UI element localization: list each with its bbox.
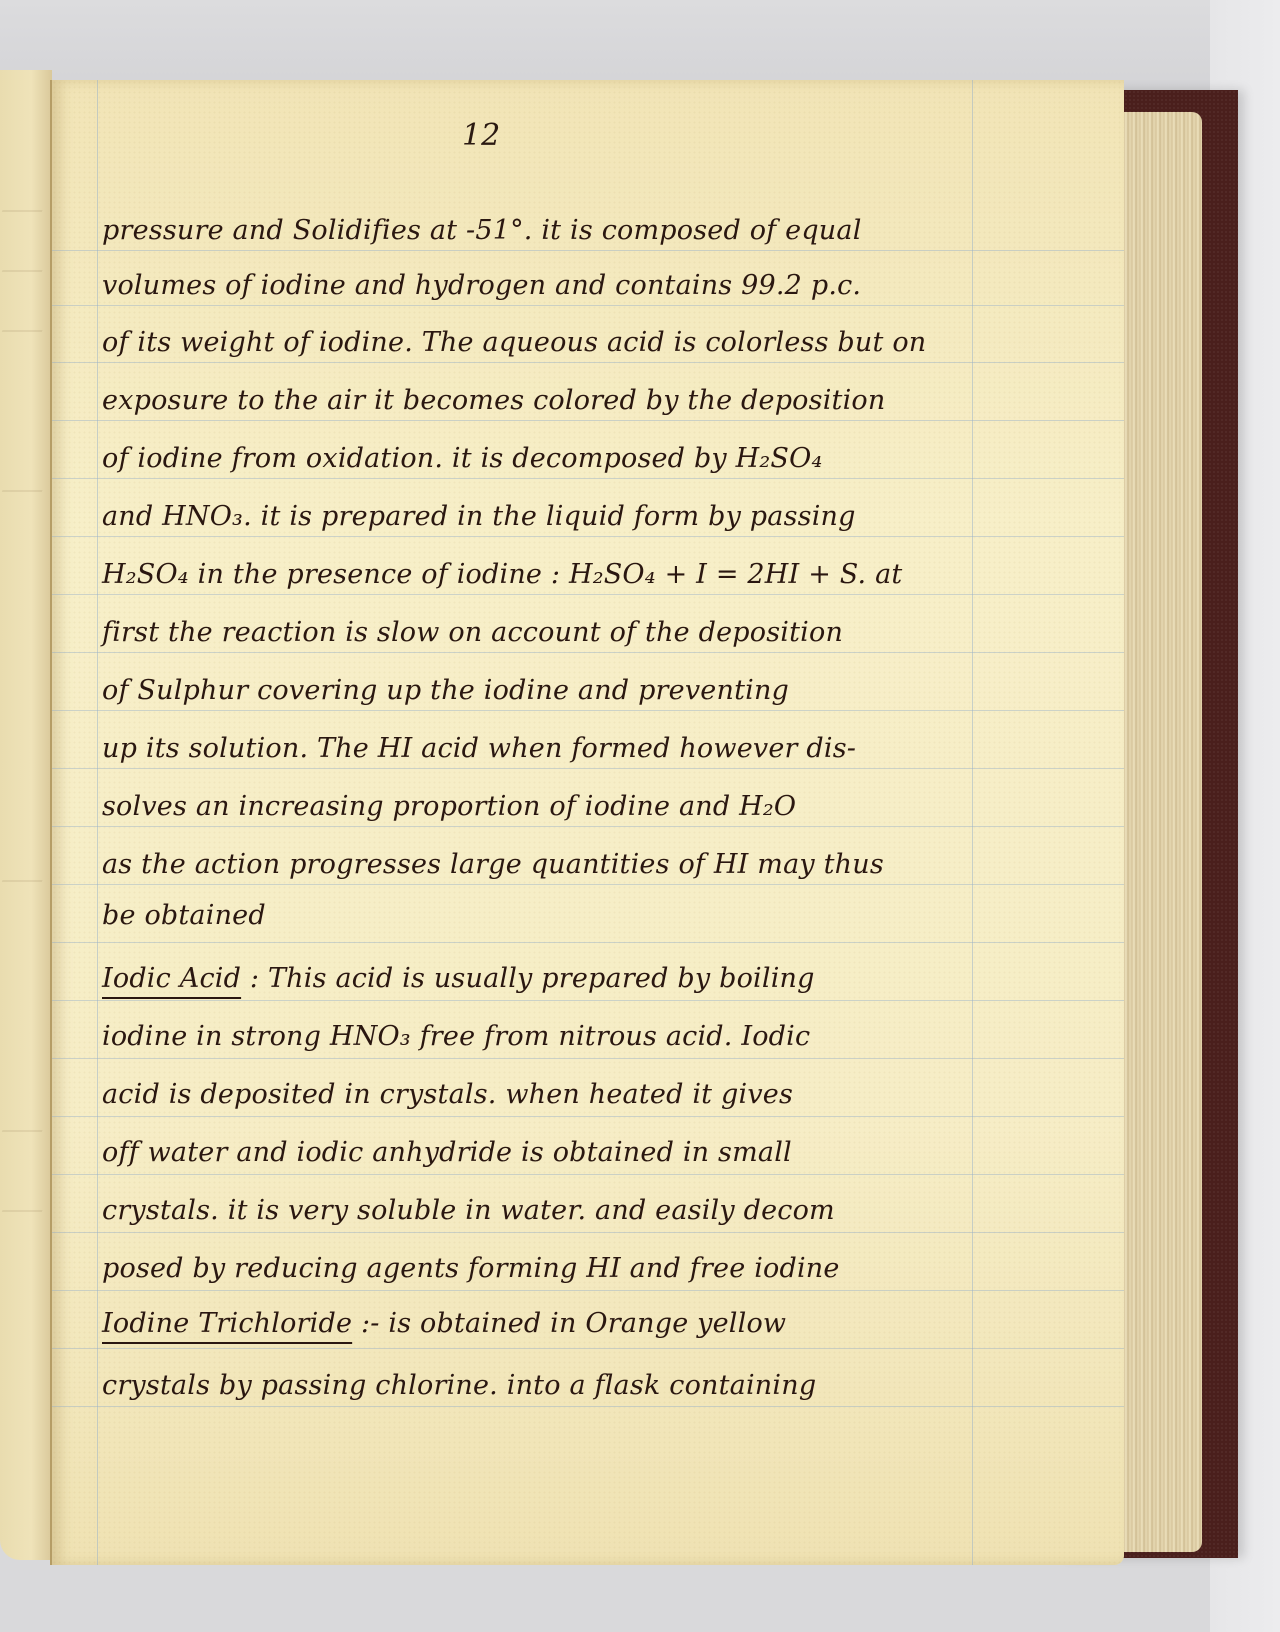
ruled-line xyxy=(52,710,1124,711)
ruled-line xyxy=(52,1348,1124,1349)
text-line: be obtained xyxy=(102,900,982,931)
bleed-through-mark xyxy=(2,480,46,492)
page-number: 12 xyxy=(462,118,500,153)
text-line: volumes of iodine and hydrogen and conta… xyxy=(102,270,982,301)
text-line: posed by reducing agents forming HI and … xyxy=(102,1253,982,1284)
ruled-line xyxy=(52,1406,1124,1407)
bleed-through-mark xyxy=(2,870,46,882)
text-line: iodine in strong HNO₃ free from nitrous … xyxy=(102,1021,982,1052)
bleed-through-mark xyxy=(2,1120,46,1132)
ruled-line xyxy=(52,362,1124,363)
text-line: as the action progresses large quantitie… xyxy=(102,849,982,880)
ruled-line xyxy=(52,768,1124,769)
text-line: of iodine from oxidation. it is decompos… xyxy=(102,443,982,474)
text-line: of Sulphur covering up the iodine and pr… xyxy=(102,675,982,706)
section-line-iodine-trichloride: Iodine Trichloride :- is obtained in Ora… xyxy=(102,1308,982,1339)
ruled-line xyxy=(52,1174,1124,1175)
text-line: solves an increasing proportion of iodin… xyxy=(102,791,982,822)
section-heading-iodic-acid: Iodic Acid xyxy=(102,963,241,994)
text-line: crystals. it is very soluble in water. a… xyxy=(102,1195,982,1226)
ruled-line xyxy=(52,652,1124,653)
section-text: :- is obtained in Orange yellow xyxy=(361,1308,786,1339)
ruled-line xyxy=(52,250,1124,251)
ruled-line xyxy=(52,1116,1124,1117)
margin-line-left xyxy=(97,80,98,1565)
text-line: crystals by passing chlorine. into a fla… xyxy=(102,1370,982,1401)
notebook-page: 12 pressure and Solidifies at -51°. it i… xyxy=(50,80,1124,1565)
ruled-line xyxy=(52,1000,1124,1001)
ruled-line xyxy=(52,594,1124,595)
text-line: off water and iodic anhydride is obtaine… xyxy=(102,1137,982,1168)
ruled-line xyxy=(52,1290,1124,1291)
ruled-line xyxy=(52,1058,1124,1059)
text-line: of its weight of iodine. The aqueous aci… xyxy=(102,327,982,358)
ruled-line xyxy=(52,305,1124,306)
ruled-line xyxy=(52,478,1124,479)
ruled-line xyxy=(52,826,1124,827)
bleed-through-mark xyxy=(2,200,46,212)
text-line: H₂SO₄ in the presence of iodine : H₂SO₄ … xyxy=(102,559,982,590)
text-line: pressure and Solidifies at -51°. it is c… xyxy=(102,215,982,246)
ruled-line xyxy=(52,942,1124,943)
text-line: exposure to the air it becomes colored b… xyxy=(102,385,982,416)
text-line: first the reaction is slow on account of… xyxy=(102,617,982,648)
margin-line-right xyxy=(972,80,973,1565)
text-line: and HNO₃. it is prepared in the liquid f… xyxy=(102,501,982,532)
section-line-iodic-acid: Iodic Acid : This acid is usually prepar… xyxy=(102,963,982,994)
bleed-through-mark xyxy=(2,320,46,332)
text-line: acid is deposited in crystals. when heat… xyxy=(102,1079,982,1110)
ruled-line xyxy=(52,884,1124,885)
text-line: up its solution. The HI acid when formed… xyxy=(102,733,982,764)
ruled-line xyxy=(52,1232,1124,1233)
ruled-line xyxy=(52,536,1124,537)
section-text: : This acid is usually prepared by boili… xyxy=(250,963,815,994)
ruled-line xyxy=(52,420,1124,421)
bleed-through-mark xyxy=(2,260,46,272)
bleed-through-mark xyxy=(2,1200,46,1212)
facing-page-edge xyxy=(0,70,52,1560)
section-heading-iodine-trichloride: Iodine Trichloride xyxy=(102,1308,352,1339)
